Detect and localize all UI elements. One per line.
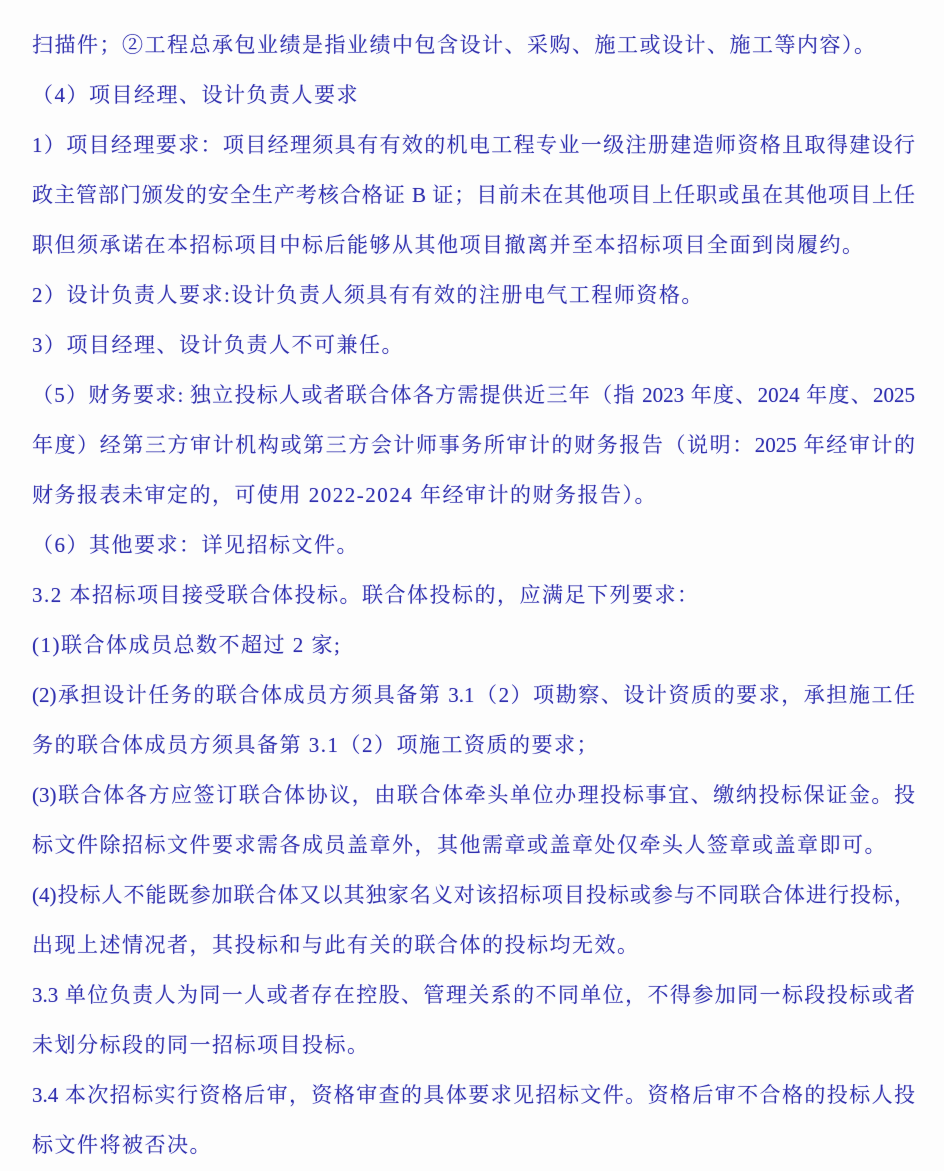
doc-line: (3)联合体各方应签订联合体协议，由联合体牵头单位办理投标事宜、缴纳投标保证金。… [32, 770, 915, 820]
doc-line: 扫描件；②工程总承包业绩是指业绩中包含设计、采购、施工或设计、施工等内容）。 [32, 20, 915, 70]
doc-line: （4）项目经理、设计负责人要求 [32, 70, 915, 120]
doc-line: 财务报表未审定的，可使用 2022-2024 年经审计的财务报告）。 [32, 470, 915, 520]
doc-line: 3）项目经理、设计负责人不可兼任。 [32, 320, 915, 370]
doc-line: 3.4 本次招标实行资格后审，资格审查的具体要求见招标文件。资格后审不合格的投标… [32, 1070, 915, 1120]
doc-line: 标文件将被否决。 [32, 1120, 915, 1170]
doc-line: 2）设计负责人要求:设计负责人须具有有效的注册电气工程师资格。 [32, 270, 915, 320]
doc-line: 3.2 本招标项目接受联合体投标。联合体投标的，应满足下列要求： [32, 570, 915, 620]
doc-line: 标文件除招标文件要求需各成员盖章外，其他需章或盖章处仅牵头人签章或盖章即可。 [32, 820, 915, 870]
doc-line: (2)承担设计任务的联合体成员方须具备第 3.1（2）项勘察、设计资质的要求，承… [32, 670, 915, 720]
doc-line: 政主管部门颁发的安全生产考核合格证 B 证；目前未在其他项目上任职或虽在其他项目… [32, 170, 915, 220]
doc-line: 3.3 单位负责人为同一人或者存在控股、管理关系的不同单位，不得参加同一标段投标… [32, 970, 915, 1020]
doc-line: 职但须承诺在本招标项目中标后能够从其他项目撤离并至本招标项目全面到岗履约。 [32, 220, 915, 270]
doc-line: (1)联合体成员总数不超过 2 家; [32, 620, 915, 670]
doc-line: （5）财务要求: 独立投标人或者联合体各方需提供近三年（指 2023 年度、20… [32, 370, 915, 420]
doc-line: 年度）经第三方审计机构或第三方会计师事务所审计的财务报告（说明：2025 年经审… [32, 420, 915, 470]
document-page: 扫描件；②工程总承包业绩是指业绩中包含设计、采购、施工或设计、施工等内容）。 （… [0, 0, 944, 1171]
doc-line: 务的联合体成员方须具备第 3.1（2）项施工资质的要求； [32, 720, 915, 770]
doc-line: 未划分标段的同一招标项目投标。 [32, 1020, 915, 1070]
doc-line: 1）项目经理要求：项目经理须具有有效的机电工程专业一级注册建造师资格且取得建设行 [32, 120, 915, 170]
doc-line: （6）其他要求：详见招标文件。 [32, 520, 915, 570]
doc-line: (4)投标人不能既参加联合体又以其独家名义对该招标项目投标或参与不同联合体进行投… [32, 870, 915, 920]
doc-line: 出现上述情况者，其投标和与此有关的联合体的投标均无效。 [32, 920, 915, 970]
